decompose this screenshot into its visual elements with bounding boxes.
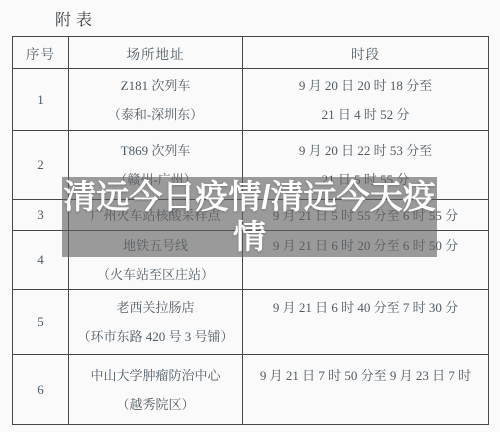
cell-line	[243, 390, 488, 419]
table-row: 5老西关拉肠店（环市东路 420 号 3 号铺）9 月 21 日 6 时 40 …	[13, 290, 489, 355]
cell-line: T869 次列车	[69, 136, 242, 165]
watermark-overlay: 清远今日疫情/清远今天疫情	[62, 177, 437, 257]
cell-line: （火车站至区庄站）	[69, 260, 242, 289]
header-row: 序号 场所地址 时段	[13, 37, 489, 69]
cell-serial: 3	[13, 200, 69, 231]
cell-location: 中山大学肿瘤防治中心（越秀院区）	[69, 355, 243, 425]
cell-line: 中山大学肿瘤防治中心	[69, 361, 242, 390]
cell-line: 老西关拉肠店	[69, 293, 242, 322]
cell-line: Z181 次列车	[69, 71, 242, 100]
header-period: 时段	[243, 37, 489, 69]
cell-line	[243, 260, 488, 289]
cell-location: Z181 次列车（泰和-深圳东）	[69, 69, 243, 131]
cell-line: 9 月 21 日 6 时 40 分至 7 时 30 分	[243, 293, 488, 322]
article-image: 附表 序号 场所地址 时段 1Z181 次列车（泰和-深圳东）9 月 20 日 …	[0, 0, 500, 432]
table-row: 6中山大学肿瘤防治中心（越秀院区）9 月 21 日 7 时 50 分至 9 月 …	[13, 355, 489, 425]
cell-serial: 4	[13, 231, 69, 290]
header-serial: 序号	[13, 37, 69, 69]
cell-line: 9 月 21 日 7 时 50 分至 9 月 23 日 7 时	[243, 361, 488, 390]
cell-line: （越秀院区）	[69, 390, 242, 419]
cell-location: 老西关拉肠店（环市东路 420 号 3 号铺）	[69, 290, 243, 355]
cell-serial: 5	[13, 290, 69, 355]
table-caption: 附表	[55, 7, 97, 30]
cell-period: 9 月 20 日 20 时 18 分至21 日 4 时 52 分	[243, 69, 489, 131]
cell-period: 9 月 21 日 7 时 50 分至 9 月 23 日 7 时	[243, 355, 489, 425]
cell-period: 9 月 21 日 6 时 40 分至 7 时 30 分	[243, 290, 489, 355]
cell-serial: 2	[13, 131, 69, 200]
cell-line: 9 月 20 日 20 时 18 分至	[243, 71, 488, 100]
cell-serial: 6	[13, 355, 69, 425]
cell-line: 9 月 20 日 22 时 53 分至	[243, 136, 488, 165]
table-row: 1Z181 次列车（泰和-深圳东）9 月 20 日 20 时 18 分至21 日…	[13, 69, 489, 131]
header-location: 场所地址	[69, 37, 243, 69]
watermark-text: 清远今日疫情/清远今天疫情	[62, 177, 437, 257]
cell-serial: 1	[13, 69, 69, 131]
cell-line: （泰和-深圳东）	[69, 100, 242, 129]
cell-line	[243, 322, 488, 351]
cell-line: （环市东路 420 号 3 号铺）	[69, 322, 242, 351]
cell-line: 21 日 4 时 52 分	[243, 100, 488, 129]
